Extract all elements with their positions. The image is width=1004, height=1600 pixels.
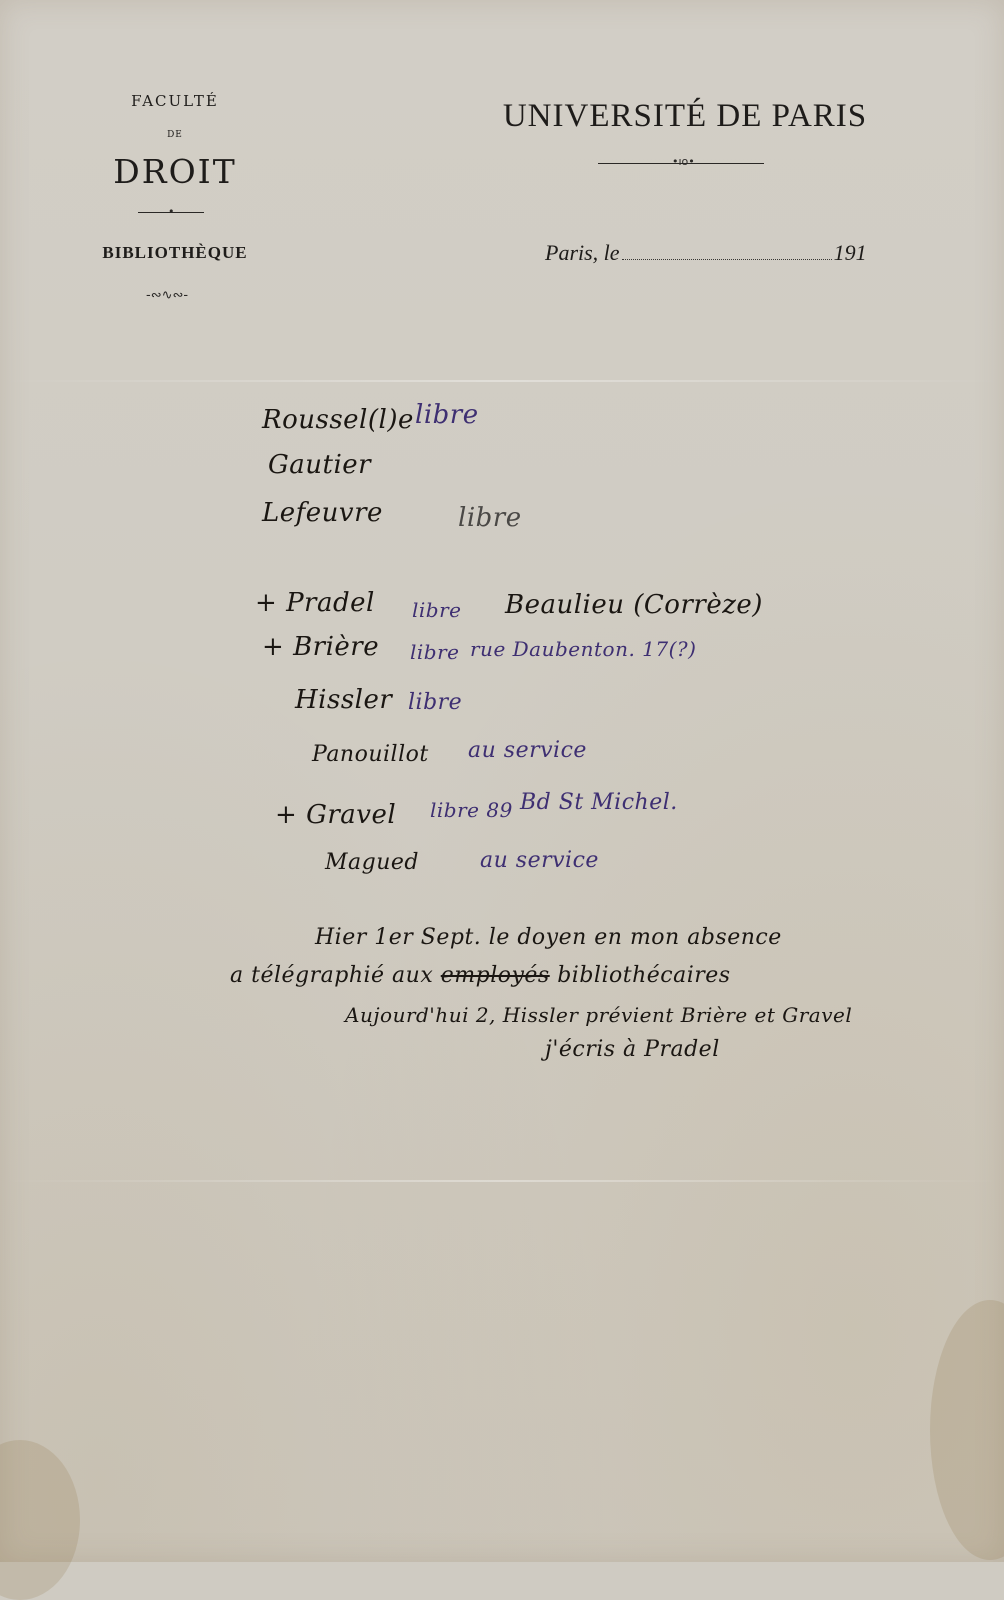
entry-status: au service — [480, 848, 599, 873]
entry-mark-and-name: + Pradel — [255, 588, 375, 618]
entry-name: Gautier — [268, 450, 371, 480]
flourish-ornament-icon: -∾∿∾- — [146, 288, 188, 303]
note-line-1: Hier 1er Sept. le doyen en mon absence — [315, 925, 782, 950]
entry-status: libre — [410, 640, 460, 664]
entry-status: libre — [412, 598, 462, 622]
note-line-4: j'écris à Pradel — [545, 1037, 720, 1062]
entry-name: Roussel(l)e — [262, 405, 414, 435]
paper-stain — [0, 1440, 80, 1562]
entry-note: rue Daubenton. 17(?) — [470, 637, 696, 661]
date-prefix: Paris, le — [545, 240, 620, 266]
entry-name: Lefeuvre — [262, 498, 383, 528]
document-page: FACULTÉ DE DROIT • BIBLIOTHÈQUE -∾∿∾- UN… — [0, 0, 1004, 1562]
entry-status: libre — [415, 400, 479, 430]
date-year: 191 — [834, 240, 867, 266]
note-line-3: Aujourd'hui 2, Hissler prévient Brière e… — [345, 1003, 852, 1027]
date-blank — [622, 258, 832, 260]
letterhead-droit: DROIT — [60, 152, 290, 191]
letterhead-de: DE — [60, 130, 290, 140]
letterhead-faculte: FACULTÉ — [60, 92, 290, 110]
note-line-2: a télégraphié aux employés bibliothécair… — [230, 963, 731, 988]
plus-mark-icon: + — [255, 588, 277, 618]
entry-name: Panouillot — [312, 742, 429, 767]
paper-stain — [930, 1300, 1004, 1560]
date-line: Paris, le 191 — [545, 240, 867, 266]
entry-note: Beaulieu (Corrèze) — [505, 590, 763, 620]
entry-mark-and-name: + Gravel — [275, 800, 396, 830]
paper-fold — [0, 1180, 1004, 1182]
entry-name: Magued — [325, 850, 419, 875]
divider-ornament-icon: • — [168, 205, 175, 218]
divider-ornament-icon: •ıo• — [672, 155, 695, 168]
entry-status: libre 89 — [430, 798, 513, 822]
entry-status: au service — [468, 738, 587, 763]
entry-note: Bd St Michel. — [520, 790, 678, 815]
entry-mark-and-name: + Brière — [262, 632, 379, 662]
plus-mark-icon: + — [275, 800, 297, 830]
entry-name: Hissler — [295, 685, 392, 715]
paper-fold — [0, 380, 1004, 382]
plus-mark-icon: + — [262, 632, 284, 662]
entry-status: libre — [458, 503, 522, 533]
letterhead-bibliotheque: BIBLIOTHÈQUE — [60, 243, 290, 263]
struck-word: employés — [441, 963, 550, 988]
entry-status: libre — [408, 690, 462, 715]
letterhead-university-title: UNIVERSITÉ DE PARIS — [470, 98, 900, 135]
